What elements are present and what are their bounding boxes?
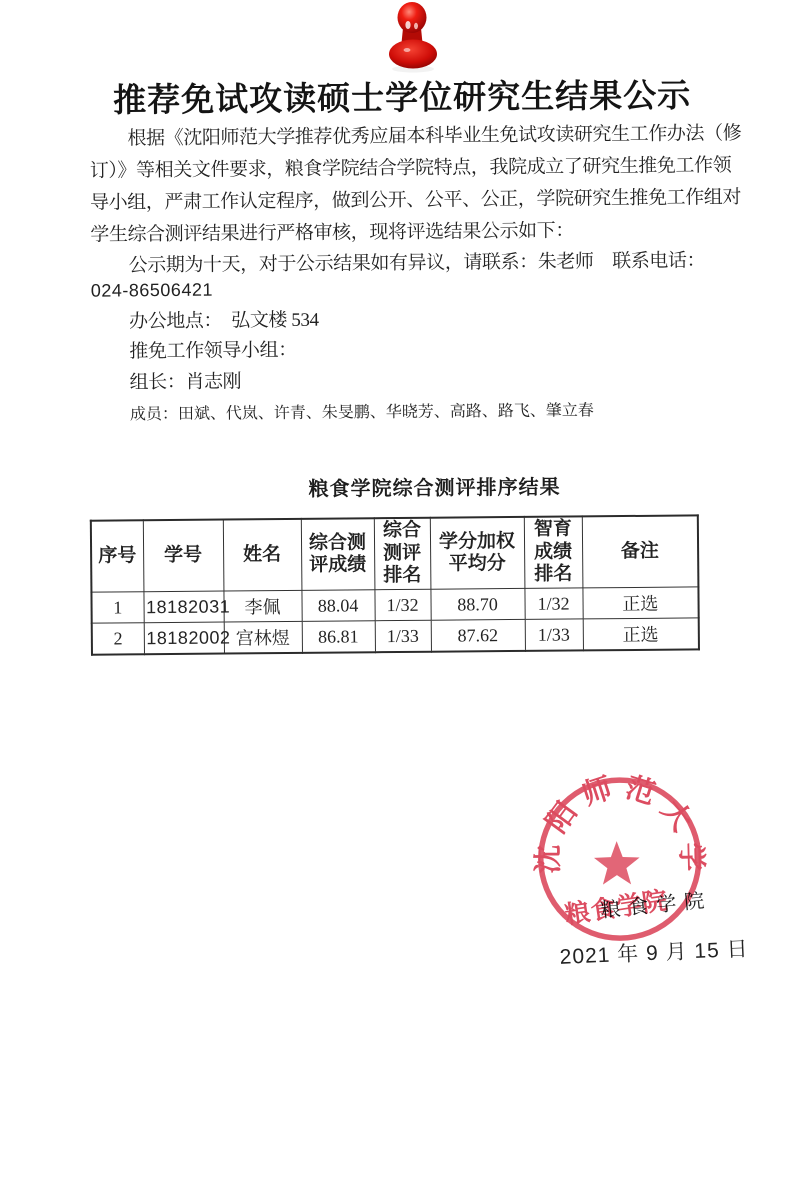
results-table: 序号 学号 姓名 综合测评成绩 综合测评排名 学分加权平均分 智育成绩排名 备注… (90, 514, 700, 655)
cell-index: 1 (91, 592, 143, 623)
paragraph1-line3: 导小组，严肃工作认定程序，做到公开、公平、公正，学院研究生推免工作组对 (90, 182, 741, 215)
notice-page: 推荐免试攻读硕士学位研究生结果公示 根据《沈阳师范大学推荐优秀应届本科毕业生免试… (0, 0, 799, 1199)
cell-remark: 正选 (582, 587, 698, 619)
seal-college-text: 粮食学院 (563, 885, 670, 929)
page-title: 推荐免试攻读硕士学位研究生结果公示 (0, 68, 799, 122)
pushpin-icon (386, 1, 442, 75)
star-icon (594, 841, 640, 885)
cell-composite-score: 88.04 (301, 590, 374, 622)
col-header-student-id: 学号 (143, 520, 224, 592)
col-header-index: 序号 (91, 520, 144, 592)
col-header-weighted-average: 学分加权平均分 (430, 517, 525, 589)
col-header-remark: 备注 (582, 515, 699, 588)
cell-composite-rank: 1/32 (374, 589, 430, 620)
cell-name: 宫林煜 (224, 621, 302, 653)
phone-number: 024-86506421 (91, 280, 213, 302)
leading-group-line: 推免工作领导小组： (91, 335, 297, 364)
col-header-composite-score: 综合测评成绩 (301, 518, 375, 590)
paragraph1-line2: 订）》等相关文件要求，粮食学院结合学院特点，我院成立了研究生推免工作领 (90, 150, 732, 183)
cell-academic-rank: 1/33 (525, 619, 583, 651)
cell-composite-rank: 1/33 (375, 620, 431, 652)
cell-name: 李佩 (223, 590, 301, 622)
paragraph1-line4: 学生综合测评结果进行严格审核，现将评选结果公示如下： (90, 215, 574, 246)
paragraph1-line1: 根据《沈阳师范大学推荐优秀应届本科毕业生免试攻读研究生工作办法（修 (89, 118, 741, 151)
table-row: 2 18182002 宫林煜 86.81 1/33 87.62 1/33 正选 (92, 618, 699, 655)
group-leader-line: 组长：肖志刚 (91, 366, 241, 394)
col-header-composite-rank: 综合测评排名 (374, 518, 431, 590)
official-seal: 沈阳师范大学 粮食学院 (531, 771, 711, 951)
cell-remark: 正选 (583, 618, 699, 651)
col-header-name: 姓名 (223, 519, 302, 591)
table-header-row: 序号 学号 姓名 综合测评成绩 综合测评排名 学分加权平均分 智育成绩排名 备注 (91, 515, 699, 592)
cell-student-id: 18182031 (143, 591, 223, 623)
cell-student-id: 18182002 (144, 622, 224, 654)
table-title: 粮食学院综合测评排序结果 (69, 469, 799, 504)
office-location-line: 办公地点： 弘文楼 534 (91, 305, 319, 334)
paper-sheet: 推荐免试攻读硕士学位研究生结果公示 根据《沈阳师范大学推荐优秀应届本科毕业生免试… (0, 0, 799, 1199)
cell-composite-score: 86.81 (302, 621, 375, 653)
cell-weighted-average: 88.70 (430, 588, 524, 620)
group-members-line: 成员：田斌、代岚、许青、朱旻鹏、华晓芳、高路、路飞、肇立春 (92, 397, 594, 424)
cell-academic-rank: 1/32 (524, 588, 582, 620)
cell-weighted-average: 87.62 (431, 619, 525, 651)
cell-index: 2 (92, 623, 144, 655)
contact-line: 公示期为十天，对于公示结果如有异议，请联系：朱老师 联系电话： (90, 245, 705, 277)
col-header-academic-rank: 智育成绩排名 (524, 516, 583, 588)
